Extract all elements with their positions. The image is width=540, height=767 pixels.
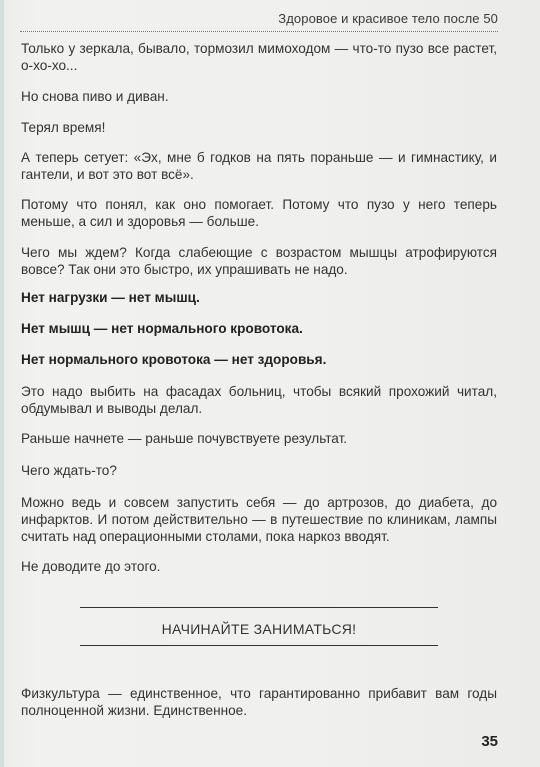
running-header: Здоровое и красивое тело после 50 <box>278 11 498 26</box>
paragraph-2: Но снова пиво и диван. <box>21 88 497 105</box>
bold-statement-1: Нет нагрузки — нет мышц. <box>21 289 497 306</box>
paragraph-7: Это надо выбить на фасадах больниц, чтоб… <box>21 383 497 417</box>
book-page: Здоровое и красивое тело после 50 Только… <box>0 0 540 767</box>
closing-paragraph: Физкультура — единственное, что гарантир… <box>21 685 497 719</box>
paragraph-10: Можно ведь и совсем запустить себя — до … <box>21 494 497 545</box>
page-edge <box>0 0 4 767</box>
paragraph-11: Не доводите до этого. <box>21 558 497 575</box>
bold-statement-2: Нет мышц — нет нормального кровотока. <box>21 320 497 337</box>
paragraph-6: Чего мы ждем? Когда слабеющие с возрасто… <box>21 244 497 278</box>
paragraph-5: Потому что понял, как оно помогает. Пото… <box>21 196 497 230</box>
section-rule-top <box>80 607 438 608</box>
paragraph-4: А теперь сетует: «Эх, мне б годков на пя… <box>21 149 497 183</box>
section-rule-bottom <box>80 645 438 646</box>
bold-statement-3: Нет нормального кровотока — нет здоровья… <box>21 351 497 368</box>
paragraph-9: Чего ждать-то? <box>21 462 497 479</box>
page-number: 35 <box>481 733 498 750</box>
paragraph-1: Только у зеркала, бывало, тормозил мимох… <box>21 40 497 74</box>
header-dotted-divider <box>20 31 498 32</box>
section-heading: НАЧИНАЙТЕ ЗАНИМАТЬСЯ! <box>80 621 438 637</box>
paragraph-8: Раньше начнете — раньше почувствуете рез… <box>21 430 497 447</box>
paragraph-3: Терял время! <box>21 119 497 136</box>
